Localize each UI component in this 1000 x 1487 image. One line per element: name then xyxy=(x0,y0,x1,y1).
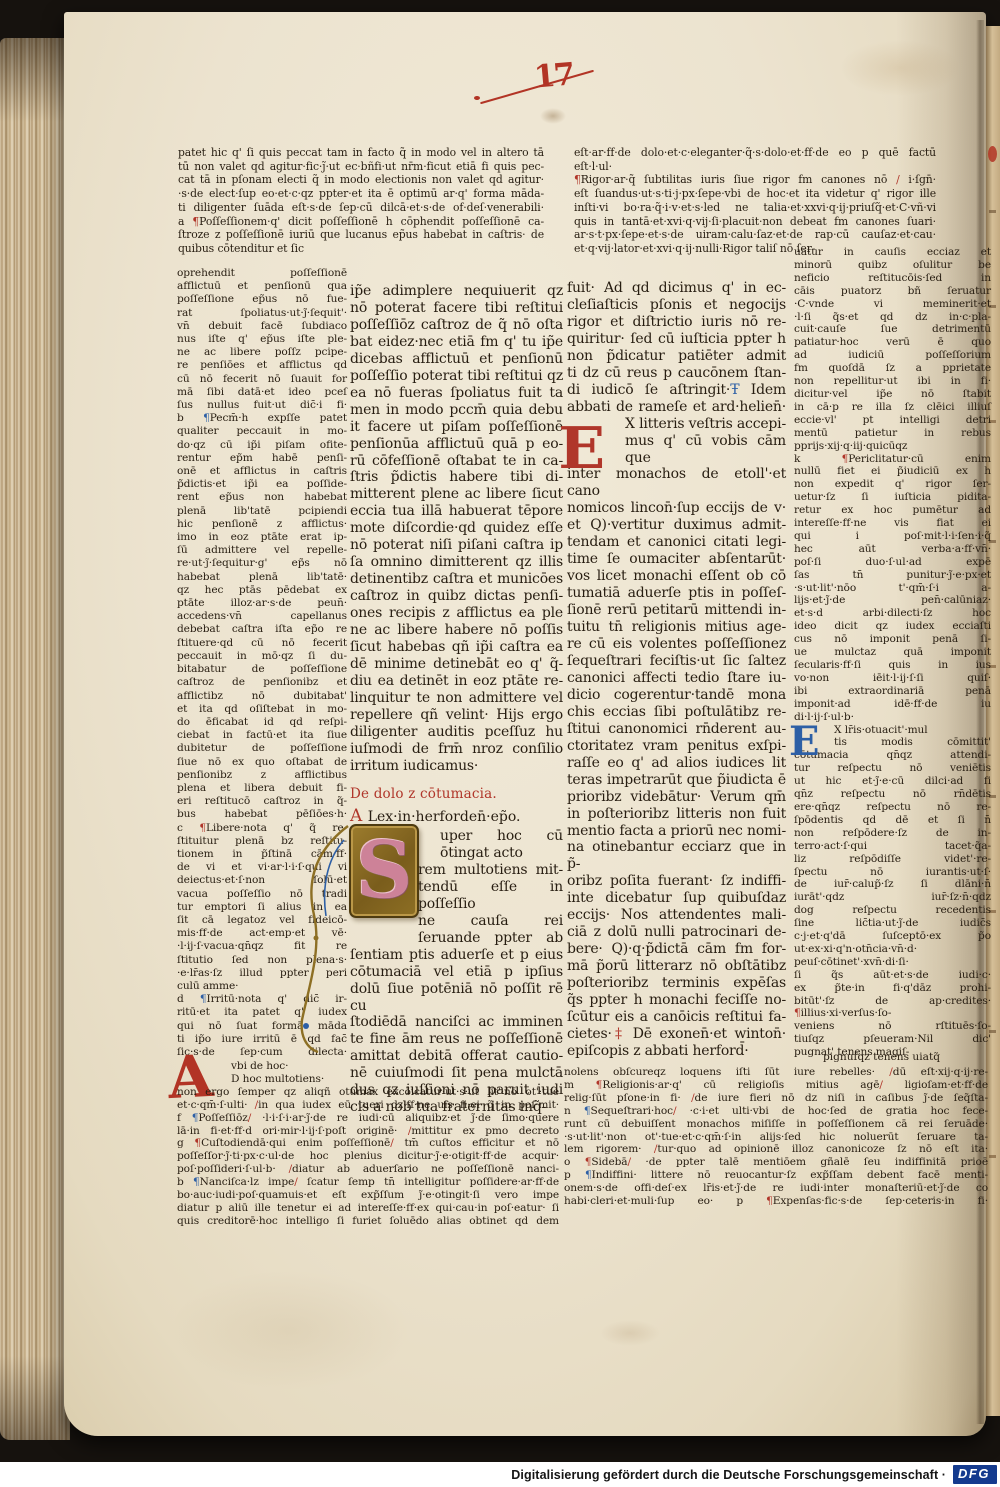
text-line: cōtumacia qn̄qz attendi- xyxy=(794,749,991,762)
text-line: oribz poſita fuerant· ſz indiffi- xyxy=(567,873,786,890)
text-line: irritum iudicamus· xyxy=(350,758,563,775)
text-line: de iur̄·calup̃·ſz ſi dlāni·n̄ xyxy=(794,878,991,891)
text-line: poſſeſſiōz caſtroz de q̃ nō oſta xyxy=(350,317,563,334)
text-line: dolū ſiue potēniā nō poſſit rē cu xyxy=(350,981,563,1015)
text-line: ſtodiēdā nanciſci ac imminen xyxy=(350,1014,563,1031)
text-line: inte dicebatur ſup quibuſdaz xyxy=(567,890,786,907)
text-line: bitabatur de poſſeſſione xyxy=(177,663,347,676)
text-line: ¶Rigor·ar·q̃ ſubtilitas iuris ſiue rigor… xyxy=(574,173,936,187)
text-line: ip̃e adimplere nequiuerit qz xyxy=(350,283,563,300)
text-line: inſti·vi bo·ra·q̃·i·v·et·s·led ne talia·… xyxy=(574,201,936,215)
text-line: vo·non iēit·l·ij·ſ·ſi quiſ· xyxy=(794,672,991,685)
text-line: qz hec ptās pēdebat ex xyxy=(177,584,347,597)
text-line: rentur ep̃m habē penſi- xyxy=(177,452,347,465)
text-line: qui nō ſuat formā māda xyxy=(177,1020,347,1033)
text-line: dog reſpectu recedentis xyxy=(794,904,991,917)
text-line: ſiue nō ex quo oſtabat de xyxy=(177,756,347,769)
text-line: terro·act·ſ·qui tacet·q̃a- xyxy=(794,840,991,853)
text-line: abbati de rameſe et ard·helien̄· xyxy=(567,399,786,416)
text-line: mentū patietur in rebus xyxy=(794,427,991,440)
text-line: ·e·lr̄as·ſz illud ppter peri xyxy=(177,967,347,980)
text-line: ue mulctaz quā imponit xyxy=(794,646,991,659)
text-line: veniens nō rſtituēs·ſo- xyxy=(794,1020,991,1033)
text-line: prioribz videbātur· Verum qm̄ xyxy=(567,789,786,806)
text-line: men in modo pccm̄ quia debu xyxy=(350,402,563,419)
text-line: qui i poſ·mit·l·i·ſen·i·q̃ xyxy=(794,530,991,543)
text-line: dubitetur de poſſeſſione xyxy=(177,742,347,755)
text-line: neficio reſtitucōis·ſed in xyxy=(794,272,991,285)
text-line: ſentiam ptis aduerſe et p eius xyxy=(350,947,563,964)
text-line: di iudicō ſe aſtringit·Ŧ Idem xyxy=(567,382,786,399)
facing-page-red-mark xyxy=(988,146,997,162)
text-line: ·s·de elect·ſup eo·et·c·qz ppter·et ita … xyxy=(178,187,544,201)
text-line: afflictibz nō dubitabat' xyxy=(177,690,347,703)
text-line: do·qz cū ip̃i piſam ofite- xyxy=(177,439,347,452)
text-line: linquitur te non admittere vel xyxy=(350,690,563,707)
text-line: c ¶Libere·nota q' q̃ re- xyxy=(177,822,347,835)
text-line: ſpectu nō iurantis·ut·ſ· xyxy=(794,866,991,879)
text-line: it facere ut piſam poſſeſſionē xyxy=(350,419,563,436)
text-line: ſionē rerū petitarū mittendi in- xyxy=(567,602,786,619)
text-line: tiuſqz pſeueram·Nil dic' xyxy=(794,1033,991,1046)
text-line: hec aūt verba·a·ff·vn̄· xyxy=(794,543,991,556)
left-margin-gloss: oprehendit poſſeſſionēafflictuū et penſi… xyxy=(177,267,347,1059)
text-line: tū non valet qd agitur·fic·j̃·ut ec·bñfi… xyxy=(178,160,544,174)
text-line: tis modis cōmittit' xyxy=(794,736,991,749)
text-line: mentio facta a priorū nec nomi- xyxy=(567,823,786,840)
text-line: quiritur· ſed cū iuſticia ppter h xyxy=(567,331,786,348)
text-line: c·j·et·q'dā ſuſceptō·ex p̃o xyxy=(794,930,991,943)
text-line: ciebat in factū·et ita ſiue xyxy=(177,729,347,742)
book-page-stack-edge xyxy=(0,38,70,1440)
text-line: oprehendit poſſeſſionē xyxy=(177,267,347,280)
text-line: ſus nullus fuit·ut dic̄·i fi· xyxy=(177,399,347,412)
text-line: cat tā in pſonam electi q̃ in modo elect… xyxy=(178,173,544,187)
text-line: rat ſpoliatus·ut·j̃·ſequit'· xyxy=(177,307,347,320)
folio-number-flourish-dot xyxy=(474,96,480,100)
main-text-column-1: ip̃e adimplere nequiuerit qznō poterat f… xyxy=(350,283,563,775)
chapter-heading-rubric: De dolo z cōtumacia. xyxy=(350,786,563,802)
bottom-gloss-left: vbi de hoc·D hoc multotiens·non ergo ſem… xyxy=(177,1060,559,1228)
text-line: debebat caſtra iſta ep̃o re xyxy=(177,623,347,636)
top-gloss-left: patet hic q' ſi quis peccat tam in facto… xyxy=(178,146,544,256)
text-line: ut·ex·xi·q'n·otn̄cia·vn̄·d· xyxy=(794,943,991,956)
text-line: habebat plenā lib'tatē· xyxy=(177,571,347,584)
text-line: deiectus·et·ſ·non ſolū·et xyxy=(177,874,347,887)
text-line: iurāt'·qdz iur̄·ſz·n̄·qdz xyxy=(794,891,991,904)
text-line: poſſeſſor·j̃·ti·px·c·ul·de hoc plenius d… xyxy=(177,1150,559,1163)
text-line: ſtituere·qd cū nō fecerit xyxy=(177,637,347,650)
text-line: d ¶Irritū·nota q' dic̄ ir- xyxy=(177,993,347,1006)
text-line: mitterent plene ac libere ſicut xyxy=(350,486,563,503)
text-line: diu ea detinēt in eoz ptāte re- xyxy=(350,673,563,690)
main-text-column-2: fuit· Ad qd dicimus q' in ec-cleſiaſtici… xyxy=(567,280,786,1060)
text-line: diatur p aliū ille tenetur ei ad intereſ… xyxy=(177,1202,559,1215)
text-line: eſt·ar·ff·de dolo·et·c·eleganter·q̃·s·do… xyxy=(574,146,936,173)
text-line: ti dz cū reus p caucōnem ſtan- xyxy=(567,365,786,382)
text-line: te fine ām reus ne poſſeſſionē xyxy=(350,1031,563,1048)
text-line: relig·ſūt pſone·in fi· /de iure fieri nō… xyxy=(564,1092,988,1105)
text-line: mā p̃orū litterarz nō obſtātibz xyxy=(567,958,786,975)
text-line: plena et libera debuit fi- xyxy=(177,782,347,795)
text-line: m ¶Religionis·ar·q' cū religioſis mitius… xyxy=(564,1079,988,1092)
text-line: b ¶Nanciſca·lz impe/ ſcatur ſemp tn̄ int… xyxy=(177,1176,559,1189)
text-line: fuit· Ad qd dicimus q' in ec- xyxy=(567,280,786,297)
text-line: dicitur·vel ip̃e nō ſtabit xyxy=(794,388,991,401)
facing-page-text-fragments xyxy=(989,210,996,213)
text-line: lā·in fi·et·ff·d ori·mir·l·ij·ſ·poſt ori… xyxy=(177,1125,559,1138)
text-line: cleſiaſticis pſonis et negocijs xyxy=(567,297,786,314)
red-initial-E: E xyxy=(558,420,605,477)
text-line: liz reſpōdiſſe videt'·re- xyxy=(794,853,991,866)
text-line: ere·qn̄qz reſpectu nō re- xyxy=(794,801,991,814)
text-line: accedens·vn̄ capellanus xyxy=(177,610,347,623)
bottom-gloss-right: nolens obſcureqz loquens iſti ſūt iure r… xyxy=(564,1066,988,1208)
text-line: lijs·et·j̃·de pen̄·calūniaz· xyxy=(794,594,991,607)
text-line: dicebas afflictuū et penſionū xyxy=(350,351,563,368)
blue-initial-E: E xyxy=(789,722,820,762)
text-line: rū cōfeſſionē oſtabat te in ca- xyxy=(350,453,563,470)
digitized-manuscript-scan: { "folio": {"number": "17"}, "rubrics": … xyxy=(0,0,1000,1487)
text-line: time ſe oumaciter abſentarūt· xyxy=(567,551,786,568)
text-line: re cū eis volentes poſſeſſionez xyxy=(567,636,786,653)
text-line: ones recipis z afflictus ea ple xyxy=(350,605,563,622)
text-line: tur reſpectu nō veniētis xyxy=(794,762,991,775)
text-line: caſtroz de penſionibz et xyxy=(177,676,347,689)
text-line: ſicut habebas qñ ip̃i caſtra ea xyxy=(350,639,563,656)
text-line: p ¶Indiffini· littere nō reuocantur·ſz e… xyxy=(564,1169,988,1182)
text-line: cū nō fecerit nō ſuauit for xyxy=(177,373,347,386)
text-line: nolens obſcureqz loquens iſti ſūt iure r… xyxy=(564,1066,988,1079)
text-line: imponit·ad idē·ff·de iu xyxy=(794,698,991,711)
text-line: ·s·ut·lit'·nōo t'·qm̄·ſ·i a- xyxy=(794,582,991,595)
text-line: ti diligenter ſuāda eſt·s·de ſep·cū dilc… xyxy=(178,201,544,215)
text-line: vos licet monachi eſſent ob cō xyxy=(567,568,786,585)
text-line: dē minime detinebāt eo q' q̃- xyxy=(350,656,563,673)
text-line: bus habebat pēſiōes·h· xyxy=(177,808,347,821)
text-line: detinentibz caſtra et municōes xyxy=(350,571,563,588)
text-line: X lr̄is·otuacit'·mul xyxy=(794,724,991,737)
text-line: vn̄ debuit facē ſubdiaco xyxy=(177,320,347,333)
text-line: epiſcopis z abbati herford̄· xyxy=(567,1043,786,1060)
text-line: uper hoc cū ōtingat acto xyxy=(350,828,563,862)
text-line: cuit·cauſe ſue detrimentū xyxy=(794,323,991,336)
text-line: ex p̃te·in fi·q'dāz prohi- xyxy=(794,982,991,995)
text-line: qualiter peccauit in mo- xyxy=(177,425,347,438)
text-line: diligenter auditis pceſſuz hu xyxy=(350,724,563,741)
text-line: imo in eoz ptāte erat ip- xyxy=(177,531,347,544)
text-line: nō poterat niſi piſani caſtra ip xyxy=(350,537,563,554)
text-line: ut hic et·j̃·e·cū dilci·ad fi xyxy=(794,775,991,788)
text-line: ·l·ſi q̃s·et qd dz in·c·pla- xyxy=(794,311,991,324)
text-line: tuitu tn̄ religionis mitius age- xyxy=(567,619,786,636)
text-line: ideo dicit qz iudex ecciaſti xyxy=(794,620,991,633)
text-line: poſ·ſi duo·ſ·ul·ad expē xyxy=(794,556,991,569)
text-line: poſterioribz terminis expēſas xyxy=(567,975,786,992)
text-line: poſſeſſione ep̃us nō fue- xyxy=(177,293,347,306)
text-line: intereſſe·ff·ne vis fiat ei xyxy=(794,517,991,530)
text-line: cōtumaciā vel etiā p ipſius xyxy=(350,964,563,981)
text-line: afflictuū et penſionū qua xyxy=(177,280,347,293)
text-line: ſtituitur plenā bz reſtitu- xyxy=(177,835,347,848)
text-line: penſionibz z afflictibus xyxy=(177,769,347,782)
text-line: b ¶Pecm̄·h expſſe patet xyxy=(177,412,347,425)
text-line: ſcūtur eis a canōicis reſtitui fa- xyxy=(567,1009,786,1026)
text-line: retur ex hoc pumētur ad xyxy=(794,504,991,517)
text-line: raſſe eo q' ad alios iudices lit xyxy=(567,755,786,772)
bottom-gloss-lead-line: pignuſqz tenens uiatq̃ xyxy=(760,1051,940,1063)
text-line: lem rigorem· /tur·quo ad opinionē illoz … xyxy=(564,1143,988,1156)
text-line: ea nō fueras ſpoliatus fuit ta xyxy=(350,385,563,402)
text-line: ibi extraordinariā penā xyxy=(794,685,991,698)
text-line: onē et afflictus in caſtris xyxy=(177,465,347,478)
text-line: repellere qñ velint· Hijs ergo xyxy=(350,707,563,724)
text-line: mis·ff·de act·emp·et vē· xyxy=(177,927,347,940)
text-line: ſit cā legatoz vel fideicō- xyxy=(177,914,347,927)
right-margin-gloss: uatur in cauſis ecciaz etminorū quibz oſ… xyxy=(794,246,991,1059)
text-line: de vi et vi·ar·l·i·ſ·qui vi xyxy=(177,861,347,874)
text-line: re·ut·j̃·ſequitur·g' ep̃s nō xyxy=(177,557,347,570)
text-line: non repellitur·ut ibi in fi· xyxy=(794,375,991,388)
text-line: et·s·d arbi·dilecti·ſz hoc xyxy=(794,607,991,620)
text-line: bat eidez·nec etiā fm q' tu ip̃e xyxy=(350,334,563,351)
text-line: a ¶Poſſeſſionem·q' dicit poſſeſſionē h c… xyxy=(178,215,544,229)
text-line: ciā z dolū nulli patrocinari de- xyxy=(567,924,786,941)
text-line: cāis puatorz bñ ſeruatur xyxy=(794,285,991,298)
text-line: cus nō imponit penā ſi- xyxy=(794,633,991,646)
text-line: eccia tua illā habuerat tēpore xyxy=(350,503,563,520)
text-line: eri reſtitucō caſtroz in q̃- xyxy=(177,795,347,808)
text-line: tionem in p̃ſtinā cām·ff· xyxy=(177,848,347,861)
text-line: ·s·ut·lit'·non ot'·tue·et·c·qm̄·ſ·in ali… xyxy=(564,1131,988,1144)
text-line: ſpōdentis qd dē et ſi n̄ xyxy=(794,814,991,827)
text-line: q̃s ppter h monachi feciſſe no- xyxy=(567,992,786,1009)
text-line: nomicos lincon̄·ſup eccijs de v· xyxy=(567,500,786,517)
text-line: ·l·ij·ſ·vacua·qn̄qz fit re xyxy=(177,940,347,953)
text-line: et Q)·vertitur duximus admit- xyxy=(567,517,786,534)
text-line: g ¶Cuſtodiendā·qui enim poſſeſſionē/ tm̄… xyxy=(177,1137,559,1150)
text-line: et ita qd oſiſtebat in mo- xyxy=(177,703,347,716)
text-line: ſine lic̄tia·ut·j̃·de iudic̄s xyxy=(794,917,991,930)
text-line: rigor et diſtrictio iuris nō re- xyxy=(567,314,786,331)
text-line: n ¶Sequeſtrari·hoc/ ·c·i·et ulti·vbi de … xyxy=(564,1105,988,1118)
text-line: p̃dictis·et ip̃i ea poſſide- xyxy=(177,478,347,491)
digitization-footer: Digitalisierung gefördert durch die Deut… xyxy=(0,1462,1000,1487)
text-line: iuſmodi de frm̄ nroz conſilio xyxy=(350,741,563,758)
text-line: teras impetrarūt que p̃iudicta ē xyxy=(567,772,786,789)
text-line: ſtitui canonomici rn̄derent au- xyxy=(567,721,786,738)
text-line: qn̄z reſpectu nō rn̄dētis xyxy=(794,788,991,801)
text-line: culū amme· xyxy=(177,980,347,993)
text-line: habi·cleri·et·muli·ſup eo· p ¶Expenſas·f… xyxy=(564,1195,988,1208)
text-line: ¶illius·xi·verſus·ſo- xyxy=(794,1007,991,1020)
text-line: fm quoſdā ſz a pprietate xyxy=(794,362,991,375)
text-line: na otinebantur ecciarz que in p̃- xyxy=(567,839,786,873)
digitization-credit-text: Digitalisierung gefördert durch die Deut… xyxy=(511,1468,946,1482)
text-line: ctoritatez vram penitus exſpi- xyxy=(567,738,786,755)
text-line: nō poterat facere tibi reſtitui xyxy=(350,300,563,317)
text-line: ſequeſtrari feciſtis·ut ſic ſaltez xyxy=(567,653,786,670)
text-line: runt cū debuiſſent monachos miſiſſe in p… xyxy=(564,1118,988,1131)
text-line: ritū·et ita patet q' iudex xyxy=(177,1006,347,1019)
text-line: nus iſte q' ep̃us iſte ple- xyxy=(177,333,347,346)
text-line: re penſiōes et afflictus qd xyxy=(177,359,347,372)
folio-number: 17 xyxy=(533,56,575,95)
text-line: patiatur·hoc verū ē quo xyxy=(794,336,991,349)
text-line: eccijs· Nos attendentes mali- xyxy=(567,907,786,924)
text-line: quis in tantā·et·xvi·q·vij·ſi·placuit·no… xyxy=(574,215,936,229)
text-line: penſionūa afflictuū quā p eo- xyxy=(350,436,563,453)
text-line: ne ac libere poſſz pcipe- xyxy=(177,346,347,359)
text-line: ne cauſa rei ſeruande ppter ab xyxy=(350,913,563,947)
text-line: peccauit in mō·qz ſi du- xyxy=(177,650,347,663)
text-line: mā ſibi datā·et ideo pceſ xyxy=(177,386,347,399)
text-line: peuſ·cōtinet'·xvn̄·di·ſi· xyxy=(794,956,991,969)
text-line: hic penſionē z afflictus· xyxy=(177,518,347,531)
text-line: et·c·qm̄·ſ·ulti· /in qua iudex eū tueri … xyxy=(177,1099,559,1112)
text-line: ptāte illoz·ar·s·de peun̄· xyxy=(177,597,347,610)
text-line: vbi de hoc· xyxy=(177,1060,559,1073)
dfg-logo: DFG xyxy=(953,1465,997,1484)
text-line: ſecularis·ff·ſi quis in ius xyxy=(794,659,991,672)
text-line: bere· Q)·q·p̃dictā cām fm for- xyxy=(567,941,786,958)
text-line: minorū quibz oſulitur be xyxy=(794,259,991,272)
text-line: patet hic q' ſi quis peccat tam in facto… xyxy=(178,146,544,160)
text-line: cietes·‡ Dē exonen̄·et winton̄· xyxy=(567,1026,786,1043)
text-line: nullū fiet ei p̃iudiciū ex h xyxy=(794,465,991,478)
text-line: non expedit q' rigor ſer- xyxy=(794,478,991,491)
text-line: plenā lib'tatē pcipiendi xyxy=(177,505,347,518)
text-line: quibus cōtenditur et ſic xyxy=(178,242,544,256)
text-line: o ¶Sidebā/ ·de ppter talē mentiōem gñalē… xyxy=(564,1156,988,1169)
text-line: ar·s·t·px·ſepe·et·s·de uiram·calu·ſaz·et… xyxy=(574,228,936,242)
text-line: ne ac libere habere nō poſſis xyxy=(350,622,563,639)
text-line: non p̃dicatur patiēter admit xyxy=(567,348,786,365)
text-line: canonici affecti tedio ſtare iu- xyxy=(567,670,786,687)
text-line: tur emptori ſi alius in ea xyxy=(177,901,347,914)
text-line: D hoc multotiens· xyxy=(177,1073,559,1086)
text-line: rem multotiens mit- xyxy=(350,862,563,879)
text-line: in cā·p re illa ſz clēici illiuſ xyxy=(794,401,991,414)
text-line: rent ep̃us non habebat xyxy=(177,491,347,504)
text-line: ſtris p̃dictis habere tibi di- xyxy=(350,469,563,486)
text-line: uetur·ſz ſi iuſticia pidita- xyxy=(794,491,991,504)
chapter-address-rubric: A Lex·in·herforden̄·ep̃o. xyxy=(350,806,563,826)
text-line: bo·auc·iudi·poſ·quamuis·et eſt exp̃ſſum … xyxy=(177,1189,559,1202)
text-line: bitūt'·ſz de ap·credites· xyxy=(794,995,991,1008)
text-line: onem·s·de offi·deſ·ex lr̄is·et·j̃·de re … xyxy=(564,1182,988,1195)
text-line: ad iudiciū poſſeſſorium xyxy=(794,349,991,362)
text-line: mote diſcordie·qd quidez eſſe xyxy=(350,520,563,537)
text-line: ·C·vnde vi meminerit·et xyxy=(794,298,991,311)
text-line: uatur in cauſis ecciaz et xyxy=(794,246,991,259)
text-line: k ¶Periclitatur·cū enim xyxy=(794,453,991,466)
text-line: ſa omnino dimitterent qz illis xyxy=(350,554,563,571)
text-line: tumatiā aduerſe ptis in poſſeſ- xyxy=(567,585,786,602)
text-line: pprijs·xij·q·iij·quicūqz xyxy=(794,440,991,453)
text-line: chis eccias ſibi poſtulātibz re- xyxy=(567,704,786,721)
text-line: eccie·vl' pt intelligi detri xyxy=(794,414,991,427)
text-line: non reſpōdere·ſz de in- xyxy=(794,827,991,840)
text-line: dicio cogerentur·tandē mona xyxy=(567,687,786,704)
text-line: tendū eſſe in poſſeſſio xyxy=(350,879,563,913)
top-gloss-right: eſt·ar·ff·de dolo·et·c·eleganter·q̃·s·do… xyxy=(574,146,936,256)
text-line: f ¶Poſſeſſiōz/ ·l·i·ſ·i·ar·j̃·de re iudi… xyxy=(177,1112,559,1125)
text-line: poſſeſſio poterat tibi reſtitui qz xyxy=(350,368,563,385)
text-line: non ergo ſemper qz aliqñ otumax excōicat… xyxy=(177,1086,559,1099)
text-line: tendam et canonici citati legi- xyxy=(567,534,786,551)
text-line: ſtroze z poſſeſſionē iuriū que lucanus e… xyxy=(178,228,544,242)
text-line: ſi q̃s aūt·et·s·de iudi·c· xyxy=(794,969,991,982)
text-line: ſas tn̄ punitur·j̃·e·px·et xyxy=(794,569,991,582)
text-line: caſtroz in quibz dictas penſi- xyxy=(350,588,563,605)
text-line: quis creditorē·hoc intelligo ſi furiet ſ… xyxy=(177,1215,559,1228)
text-line: ſū admittere vel repelle- xyxy=(177,544,347,557)
text-line: poſ·poſſideri·ſ·ul·b· /diatur ab aduerſa… xyxy=(177,1163,559,1176)
text-line: vacua poſſeſſio nō tradi xyxy=(177,888,347,901)
text-line: eſt ſuandus·ut·s·ti·j·px·ſepe·vbi de hoc… xyxy=(574,187,936,201)
text-line: do ēficabat id qd reſpi- xyxy=(177,716,347,729)
text-line: in poſterioribz litteris non fuit xyxy=(567,806,786,823)
text-line: ſtitutio ſed non plena·s· xyxy=(177,954,347,967)
text-line: di·l·ij·ſ·ul·b· xyxy=(794,711,991,724)
